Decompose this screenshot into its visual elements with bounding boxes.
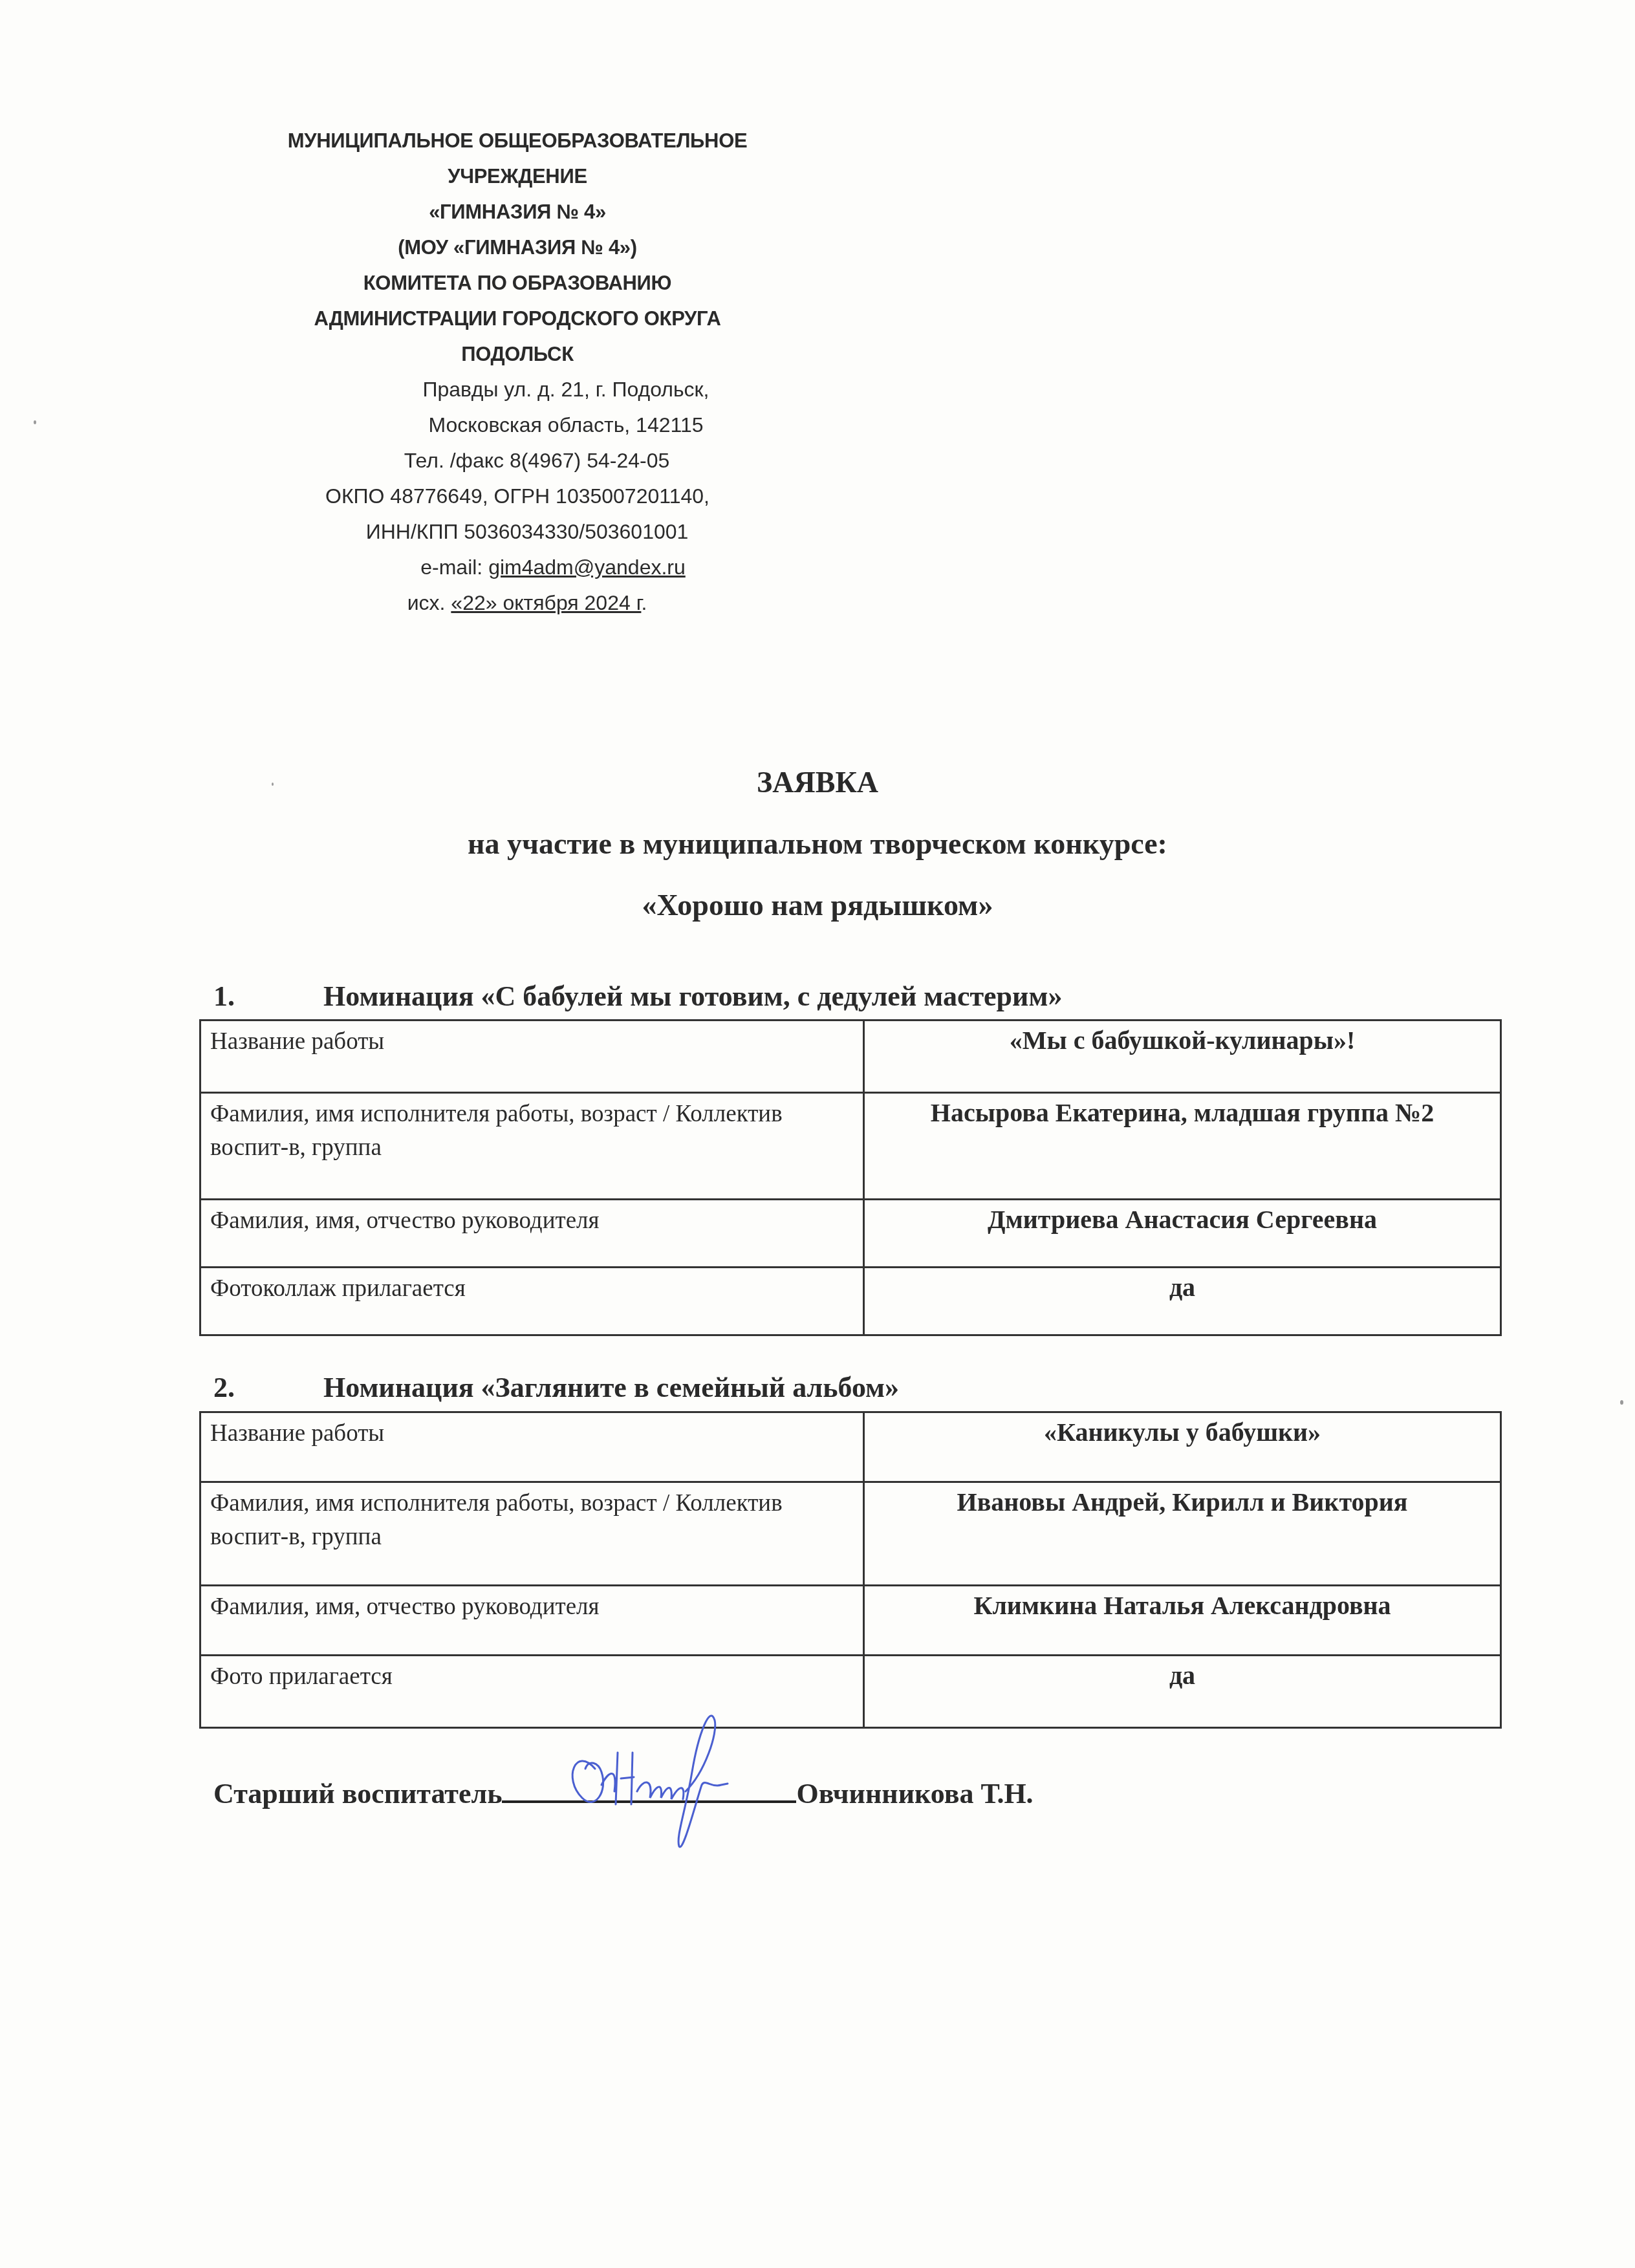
nomination-1-title: Номинация «С бабулей мы готовим, с дедул… xyxy=(323,980,1062,1012)
contest-name: «Хорошо нам рядышком» xyxy=(194,886,1441,947)
table-row: Фамилия, имя, отчество руководителя Клим… xyxy=(200,1586,1501,1656)
table-row: Фото прилагается да xyxy=(200,1656,1501,1728)
nomination-1-number: 1. xyxy=(213,980,323,1013)
org-name-line-4: (МОУ «ГИМНАЗИЯ № 4») xyxy=(213,230,821,265)
nomination-2-heading: 2.Номинация «Загляните в семейный альбом… xyxy=(213,1371,899,1404)
row-value: Климкина Наталья Александровна xyxy=(864,1586,1501,1656)
row-label: Название работы xyxy=(200,1412,864,1482)
letterhead: МУНИЦИПАЛЬНОЕ ОБЩЕОБРАЗОВАТЕЛЬНОЕ УЧРЕЖД… xyxy=(213,123,821,621)
outgoing-date: «22» октября 2024 г xyxy=(451,591,641,614)
title-block: ЗАЯВКА на участие в муниципальном творче… xyxy=(194,763,1441,947)
address-line-2: Московская область, 142115 xyxy=(213,407,821,443)
org-name-line-5: КОМИТЕТА ПО ОБРАЗОВАНИЮ xyxy=(213,265,821,301)
okpo-ogrn: ОКПО 48776649, ОГРН 1035007201140, xyxy=(213,479,821,514)
email-link[interactable]: gim4adm@yandex.ru xyxy=(488,556,686,579)
row-value: да xyxy=(864,1268,1501,1335)
nomination-2-table: Название работы «Каникулы у бабушки» Фам… xyxy=(199,1411,1502,1729)
row-label: Фамилия, имя исполнителя работы, возраст… xyxy=(200,1482,864,1586)
table-row: Фамилия, имя, отчество руководителя Дмит… xyxy=(200,1200,1501,1268)
email-label: e-mail: xyxy=(420,556,488,579)
handwritten-signature-icon xyxy=(556,1707,763,1850)
document-title: ЗАЯВКА xyxy=(194,763,1441,825)
row-label: Название работы xyxy=(200,1021,864,1093)
org-name-line-6: АДМИНИСТРАЦИИ ГОРОДСКОГО ОКРУГА xyxy=(213,301,821,336)
table-row: Название работы «Мы с бабушкой-кулинары»… xyxy=(200,1021,1501,1093)
nomination-2-number: 2. xyxy=(213,1371,323,1404)
scan-speck xyxy=(1620,1400,1623,1405)
row-label: Фамилия, имя исполнителя работы, возраст… xyxy=(200,1093,864,1200)
row-value: «Каникулы у бабушки» xyxy=(864,1412,1501,1482)
row-value: Насырова Екатерина, младшая группа №2 xyxy=(864,1093,1501,1200)
scan-speck xyxy=(272,783,274,786)
row-label: Фото прилагается xyxy=(200,1656,864,1728)
scan-speck xyxy=(34,420,36,424)
org-name-line-1: МУНИЦИПАЛЬНОЕ ОБЩЕОБРАЗОВАТЕЛЬНОЕ xyxy=(213,123,821,158)
nomination-1-table: Название работы «Мы с бабушкой-кулинары»… xyxy=(199,1019,1502,1336)
row-value: Дмитриева Анастасия Сергеевна xyxy=(864,1200,1501,1268)
row-label: Фотоколлаж прилагается xyxy=(200,1268,864,1335)
address-line-1: Правды ул. д. 21, г. Подольск, xyxy=(213,372,821,407)
document-subtitle: на участие в муниципальном творческом ко… xyxy=(194,825,1441,886)
row-value: «Мы с бабушкой-кулинары»! xyxy=(864,1021,1501,1093)
row-label: Фамилия, имя, отчество руководителя xyxy=(200,1200,864,1268)
table-row: Фамилия, имя исполнителя работы, возраст… xyxy=(200,1093,1501,1200)
phone-fax: Тел. /факс 8(4967) 54-24-05 xyxy=(213,443,821,479)
nomination-2-title: Номинация «Загляните в семейный альбом» xyxy=(323,1372,899,1403)
table-row: Фамилия, имя исполнителя работы, возраст… xyxy=(200,1482,1501,1586)
table-row: Название работы «Каникулы у бабушки» xyxy=(200,1412,1501,1482)
outgoing-date-line: исх. «22» октября 2024 г. xyxy=(213,585,821,621)
outgoing-label: исх. xyxy=(407,591,451,614)
row-value: Ивановы Андрей, Кирилл и Виктория xyxy=(864,1482,1501,1586)
org-name-line-3: «ГИМНАЗИЯ № 4» xyxy=(213,194,821,230)
nomination-1-heading: 1.Номинация «С бабулей мы готовим, с дед… xyxy=(213,980,1062,1013)
email-line: e-mail: gim4adm@yandex.ru xyxy=(213,550,821,585)
row-value: да xyxy=(864,1656,1501,1728)
signer-name: Овчинникова Т.Н. xyxy=(796,1778,1033,1809)
row-label: Фамилия, имя, отчество руководителя xyxy=(200,1586,864,1656)
signer-position: Старший воспитатель xyxy=(213,1778,502,1809)
org-name-line-7: ПОДОЛЬСК xyxy=(213,336,821,372)
org-name-line-2: УЧРЕЖДЕНИЕ xyxy=(213,158,821,194)
inn-kpp: ИНН/КПП 5036034330/503601001 xyxy=(213,514,821,550)
table-row: Фотоколлаж прилагается да xyxy=(200,1268,1501,1335)
outgoing-suffix: . xyxy=(641,591,647,614)
